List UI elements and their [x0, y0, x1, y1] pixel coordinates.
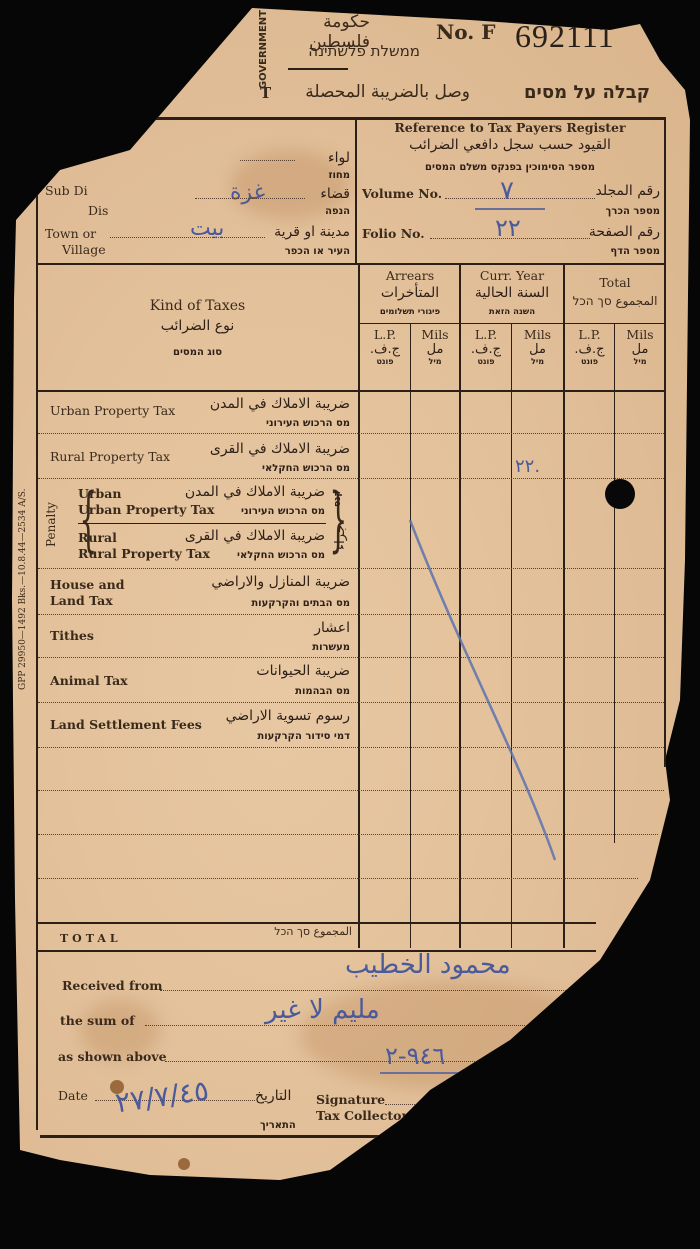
volume-label: Volume No.: [362, 186, 442, 201]
row-house-land-en: House and Land Tax: [50, 577, 140, 609]
register-title-arabic: القيود حسب سجل دافعي الضرائب: [360, 137, 660, 153]
ink-spot: [178, 1158, 190, 1170]
subcol-en: Mils: [512, 327, 563, 342]
total-hebrew: סך הכל: [573, 294, 612, 308]
village-label: Village: [62, 242, 106, 257]
punch-hole: [605, 479, 635, 509]
title-letter: T: [260, 84, 271, 102]
folio-arabic: رقم الصفحة: [560, 224, 660, 240]
curr-year-arabic: السنة الحالية: [461, 285, 563, 301]
penalty-urban-he: מס הרכוש העירוני: [170, 506, 325, 517]
penalty-urban-en-1: Urban: [78, 486, 121, 501]
qada-hebrew: הנפה: [250, 206, 350, 217]
row-land-settlement-he: דמי סידור הקרקעות: [190, 731, 350, 742]
penalty-rural-en-1: Rural: [78, 530, 117, 545]
rural-curr-mils-value: ٢٢.: [515, 456, 540, 477]
volume-hebrew: מספר הכרך: [560, 206, 660, 217]
total-hebrew-label: סך הכל: [274, 925, 310, 938]
kind-header-arabic: نوع الضرائب: [40, 318, 355, 334]
subcol-he: מיל: [512, 357, 563, 366]
penalty-hebrew: קנס: [333, 490, 343, 507]
total-label: TOTAL: [60, 932, 122, 945]
subcol-ar: ج.ف.: [565, 342, 614, 357]
number-label: No. F: [436, 20, 495, 44]
subcol-curr-lp: L.P.ج.ف.פונט: [461, 327, 511, 366]
volume-ink-underline: [475, 208, 545, 210]
sub-district-label: Sub Di: [45, 183, 88, 198]
subcol-he: פונט: [461, 357, 511, 366]
town-hebrew: העיר או הכפר: [230, 246, 350, 257]
row-tithes-ar: اعشار: [190, 620, 350, 636]
register-title: Reference to Tax Payers Register: [360, 120, 660, 135]
qada-label: قضاء: [250, 186, 350, 202]
shown-value: ٩٤٦-٢: [385, 1042, 445, 1070]
row-separator: [38, 790, 664, 791]
serial-number: 692111: [515, 18, 615, 55]
date-arabic: التاريخ: [255, 1088, 291, 1104]
arrears-header: Arrears: [360, 268, 460, 283]
shown-ink-underline: [380, 1072, 500, 1074]
total-top-rule: [36, 922, 596, 924]
shown-dotline: [165, 1061, 595, 1062]
title-arabic: وصل بالضريبة المحصلة: [290, 82, 470, 102]
subcol-he: מיל: [615, 357, 665, 366]
right-border: [664, 117, 666, 767]
subcol-he: פונט: [565, 357, 614, 366]
col-line: [614, 323, 615, 843]
row-separator: [38, 657, 664, 658]
penalty-rural-ar: ضريبة الاملاك في القرى: [170, 528, 325, 544]
subcol-en: L.P.: [565, 327, 614, 342]
subcol-en: Mils: [411, 327, 459, 342]
signature-dotline: [385, 1104, 455, 1105]
row-land-settlement-ar: رسوم تسوية الاراضي: [205, 708, 350, 724]
subcol-arrears-lp: L.P.ج.ف.פונט: [360, 327, 410, 366]
volume-arabic: رقم المجلد: [560, 183, 660, 199]
row-separator: [38, 568, 664, 569]
row-tithes-en: Tithes: [50, 628, 94, 643]
subcol-total-mils: Milsملמיל: [615, 327, 665, 366]
sum-value: ملیم لا غير: [265, 995, 380, 1025]
subcol-ar: مل: [512, 342, 563, 357]
received-from-label: Received from: [62, 978, 163, 993]
arrears-hebrew: פיגורי תשלומים: [360, 307, 460, 317]
subcol-he: מיל: [411, 357, 459, 366]
total-bottom-rule: [36, 950, 596, 952]
bottom-rule: [40, 1135, 390, 1138]
ink-cancel-stroke: [400, 500, 570, 880]
received-dotline: [160, 990, 600, 991]
subcol-en: L.P.: [360, 327, 410, 342]
subcol-arrears-mils: Milsملמיל: [411, 327, 459, 366]
date-value: ٢٧/٧/٤٥: [113, 1074, 211, 1120]
header-underline: [288, 68, 348, 70]
row-separator: [38, 614, 664, 615]
government-vertical-text: GOVERNMENT: [258, 10, 269, 89]
liwa-label: لواء: [250, 150, 350, 166]
district-label: Dis: [88, 203, 108, 218]
row-land-settlement-en: Land Settlement Fees: [50, 717, 202, 732]
title-hebrew: קבלה על מסים: [505, 82, 650, 103]
row-house-land-he: מס הבתים והקרקעות: [190, 598, 350, 609]
row-tithes-he: מעשרות: [190, 642, 350, 653]
row-rural-property-he: מס הרכוש החקלאי: [190, 463, 350, 474]
subcol-en: Mils: [615, 327, 665, 342]
total-arabic-label: المجموع: [314, 925, 352, 938]
penalty-rural-he: מס הרכוש החקלאי: [170, 550, 325, 561]
received-from-value: محمود الخطيب: [345, 950, 511, 980]
row-urban-property-ar: ضريبة الاملاك في المدن: [190, 396, 350, 412]
signature-label: Signature: [316, 1092, 385, 1107]
total-arabic: المجموع: [615, 294, 657, 308]
subcol-ar: مل: [615, 342, 665, 357]
total-arabic-hebrew: المجموع סך הכל: [565, 294, 665, 308]
date-label: Date: [58, 1088, 88, 1103]
margin-print-code: GPP 29950—1492 Bks.—10.8.44—2534 A/S.: [18, 430, 28, 690]
row-separator: [38, 747, 664, 748]
row-urban-property-en: Urban Property Tax: [50, 403, 175, 418]
row-house-land-ar: ضريبة المنازل والاراضي: [190, 574, 350, 590]
total-header: Total: [565, 275, 665, 290]
folio-hebrew: מספר הדף: [560, 246, 660, 257]
sum-label: the sum of: [60, 1013, 135, 1028]
location-divider: [355, 117, 357, 263]
date-hebrew: התאריך: [260, 1120, 296, 1131]
row-urban-property-he: מס הרכוש העירוני: [190, 418, 350, 429]
subcol-curr-mils: Milsملמיל: [512, 327, 563, 366]
table-top-rule: [36, 263, 666, 265]
penalty-divider: [78, 523, 326, 524]
table-header-bottom: [36, 390, 666, 392]
arrears-arabic: المتأخرات: [360, 285, 460, 301]
row-animal-tax-en: Animal Tax: [50, 673, 128, 688]
row-animal-tax-he: מס הבהמות: [190, 686, 350, 697]
subcol-ar: ج.ف.: [360, 342, 410, 357]
penalty-label: Penalty: [44, 490, 58, 560]
folio-label: Folio No.: [362, 226, 425, 241]
row-rural-property-en: Rural Property Tax: [50, 449, 170, 464]
tax-collector-label: Tax Collector: [316, 1108, 408, 1123]
row-rural-property-ar: ضريبة الاملاك في القرى: [190, 441, 350, 457]
penalty-arabic: جزاء: [333, 525, 348, 550]
curr-year-hebrew: השנה הזאת: [461, 307, 563, 317]
subheader-rule: [358, 323, 666, 324]
subcol-total-lp: L.P.ج.ف.פונט: [565, 327, 614, 366]
row-separator: [38, 478, 664, 479]
volume-value: ٧: [500, 176, 514, 206]
penalty-urban-ar: ضريبة الاملاك في المدن: [170, 484, 325, 500]
town-label: Town or: [45, 226, 96, 241]
town-arabic: مدينة او قرية: [230, 224, 350, 240]
left-border: [36, 180, 38, 1130]
subcol-en: L.P.: [461, 327, 511, 342]
sum-dotline: [145, 1025, 605, 1026]
row-separator: [38, 702, 664, 703]
total-ar-he: المجموع סך הכל: [240, 925, 352, 938]
register-title-hebrew: מספר הסימוכין בפנקס משלם המסים: [360, 162, 660, 173]
ink-spot: [110, 1080, 124, 1094]
liwa-dotline: [240, 160, 295, 161]
folio-value: ٢٢: [495, 214, 521, 242]
kind-header-hebrew: סוג המסים: [40, 347, 355, 358]
tax-receipt-paper: GOVERNMENT حكومة فلسطين ממשלת פלשתינה No…: [0, 0, 700, 1249]
row-separator: [38, 433, 664, 434]
government-hebrew: ממשלת פלשתינה: [270, 42, 420, 60]
subcol-ar: ج.ف.: [461, 342, 511, 357]
kind-header: Kind of Taxes: [40, 298, 355, 314]
row-animal-tax-ar: ضريبة الحيوانات: [190, 663, 350, 679]
subcol-ar: مل: [411, 342, 459, 357]
curr-year-header: Curr. Year: [461, 268, 563, 283]
shown-above-label: as shown above: [58, 1049, 167, 1064]
subcol-he: פונט: [360, 357, 410, 366]
